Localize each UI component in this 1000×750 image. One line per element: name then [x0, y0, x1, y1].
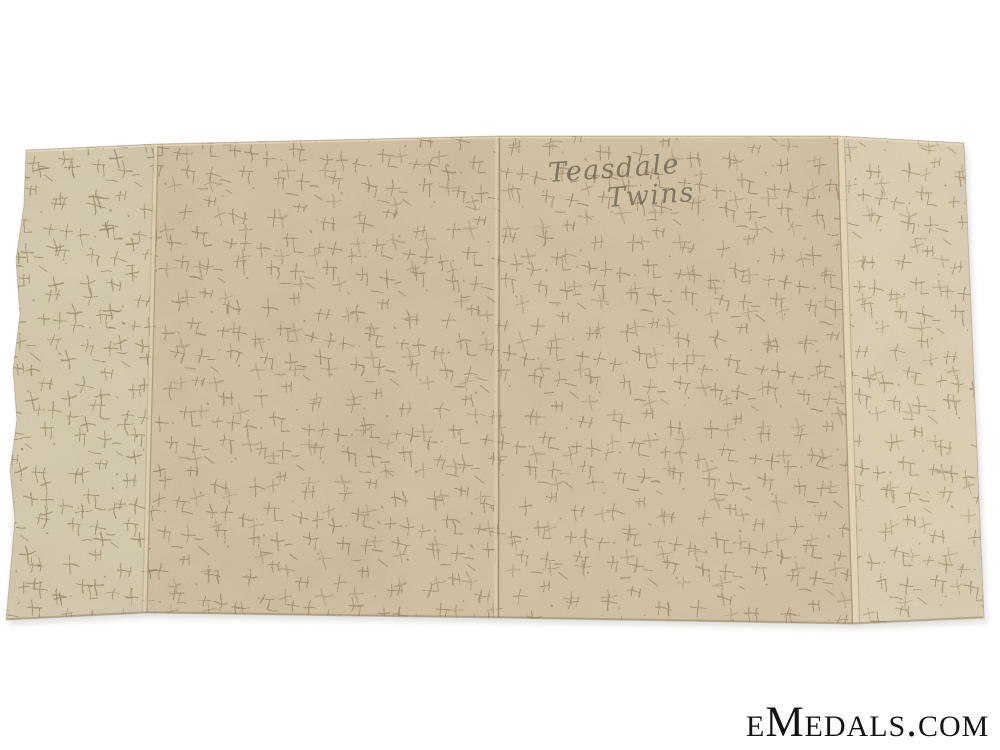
watermark-text: eMedals.com [746, 701, 989, 744]
product-photo: Teasdale Twins eMedals.com [0, 0, 1000, 750]
handwritten-inscription-line2: Twins [606, 177, 695, 214]
paper-document [0, 120, 1000, 640]
paper-document-illustration: Teasdale Twins [0, 0, 1000, 750]
